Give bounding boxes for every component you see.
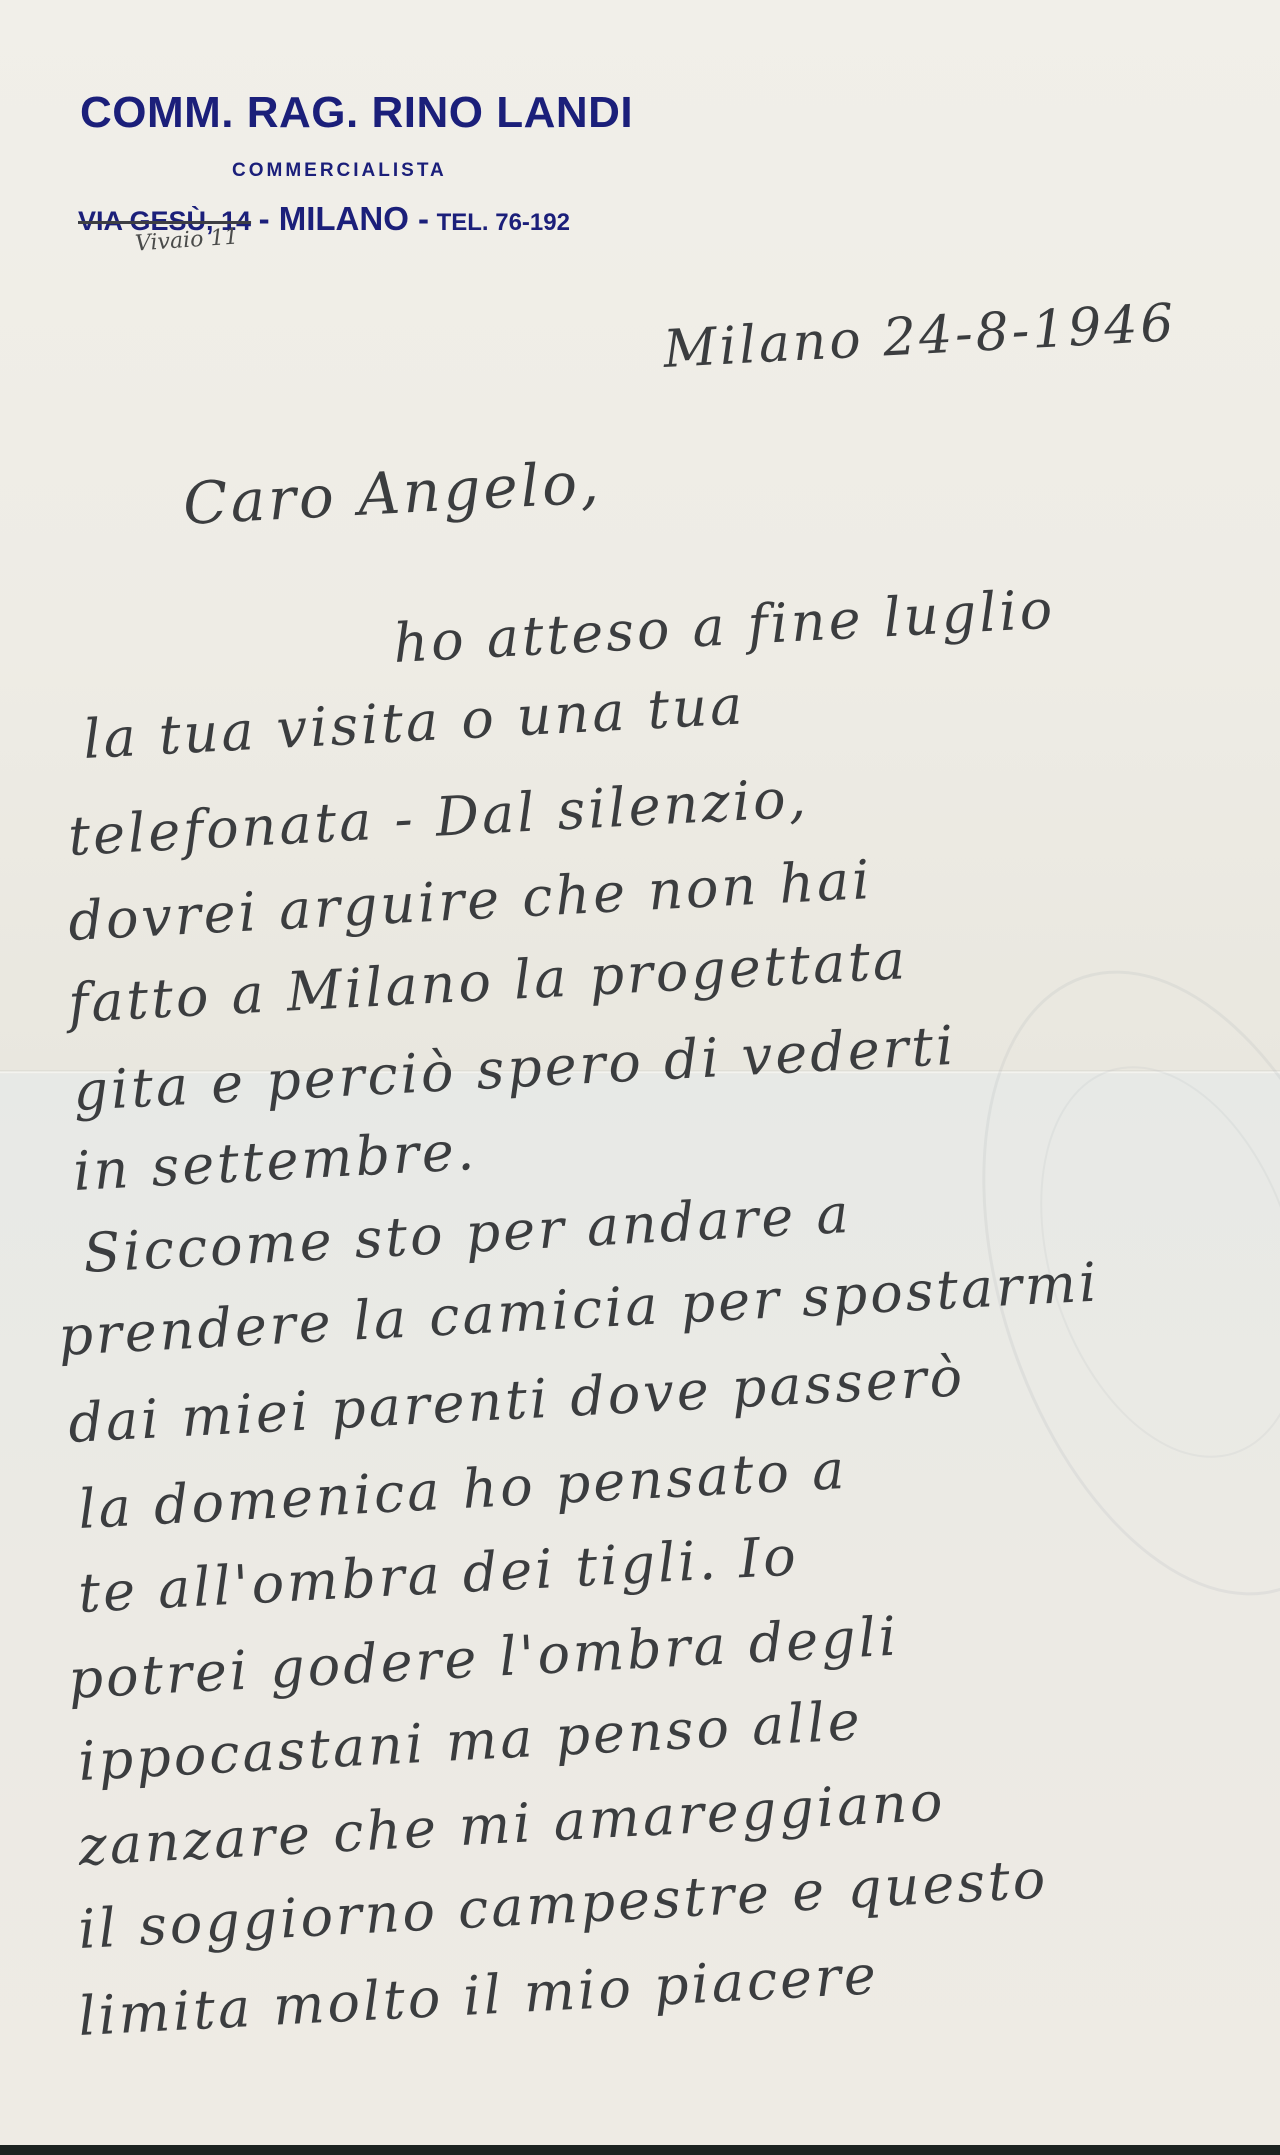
letterhead-name: COMM. RAG. RINO LANDI (80, 88, 633, 138)
letterhead-city: - MILANO - (259, 200, 429, 237)
letterhead-phone: TEL. 76-192 (437, 209, 570, 236)
letterhead-name-main: RINO LANDI (372, 88, 634, 137)
scan-bottom-edge (0, 2145, 1280, 2155)
letterhead-profession: COMMERCIALISTA (232, 160, 447, 182)
letterhead-name-prefix: COMM. RAG. (80, 88, 359, 137)
